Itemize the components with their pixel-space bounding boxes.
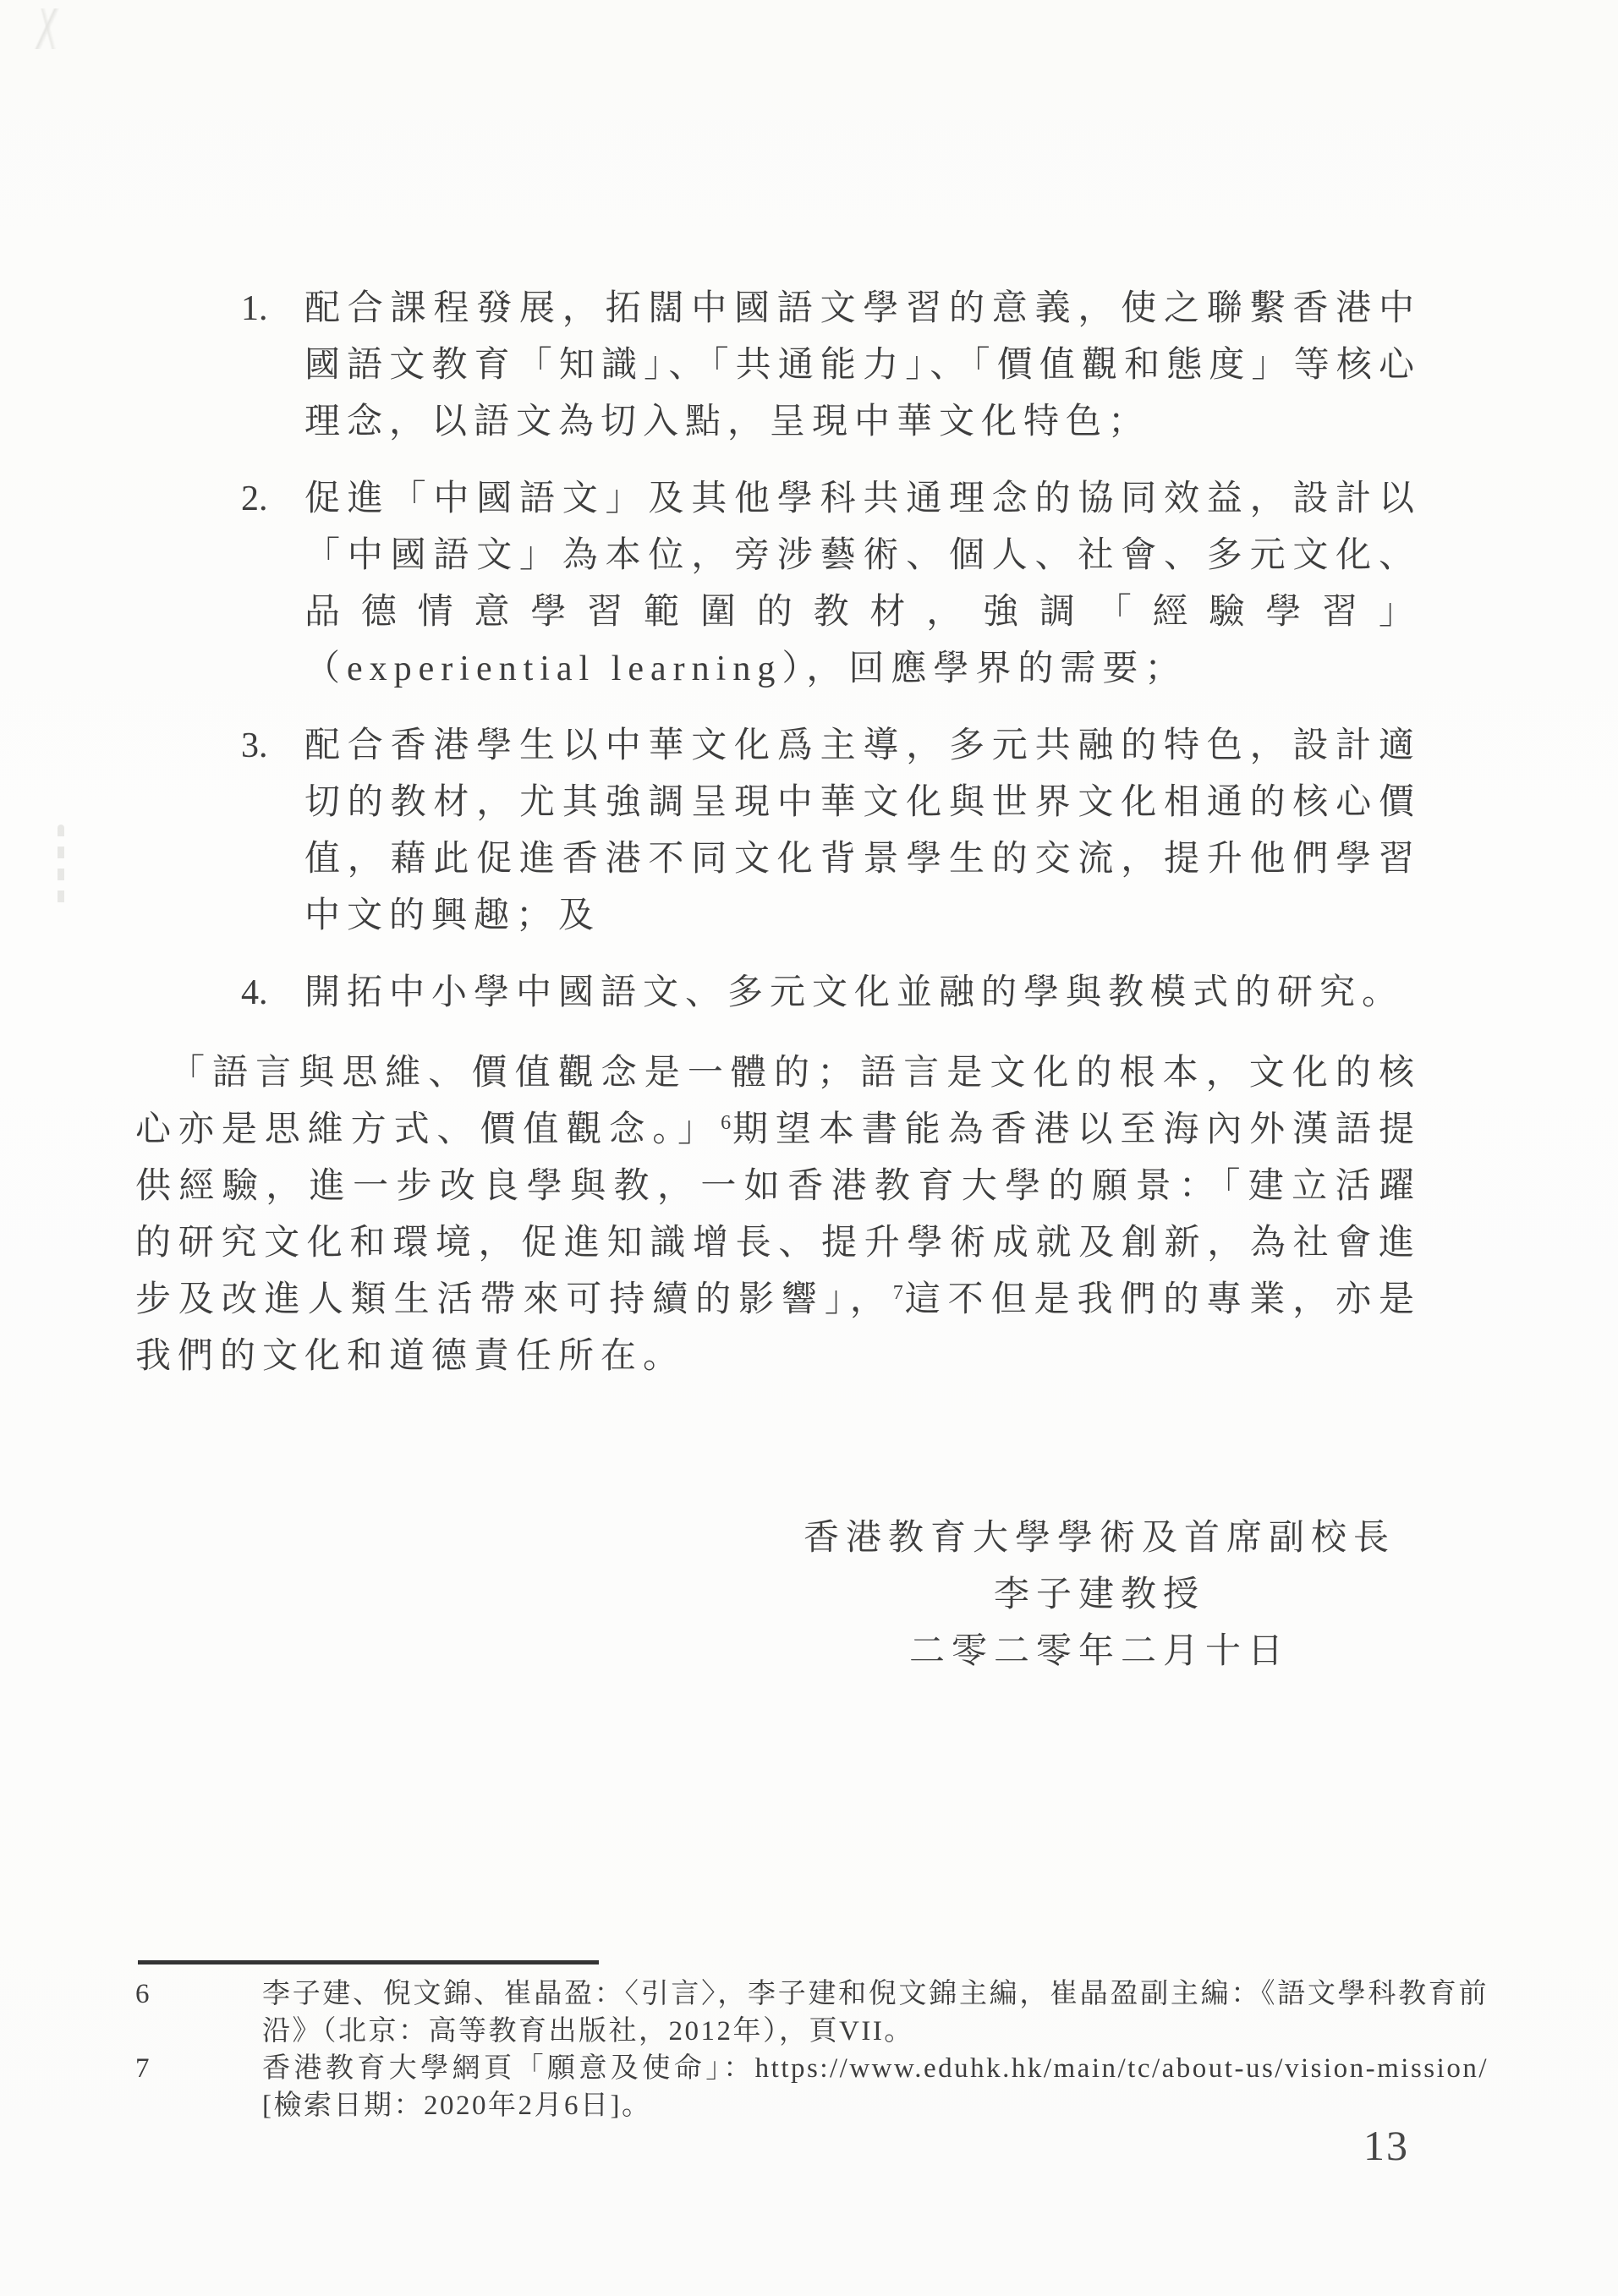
list-item-number: 1. — [241, 281, 304, 451]
numbered-list: 1. 配合課程發展，拓闊中國語文學習的意義，使之聯繫香港中國語文教育「知識」、「… — [135, 281, 1421, 1042]
list-item-text: 開拓中小學中國語文、多元文化並融的學與教模式的研究。 — [304, 965, 1421, 1022]
list-item-number: 4. — [241, 965, 304, 1022]
scan-artifact — [19, 8, 78, 49]
footnote: 6 李子建、倪文錦、崔晶盈：〈引言〉，李子建和倪文錦主編，崔晶盈副主編：《語文學… — [135, 1975, 1489, 2050]
page-number: 13 — [1363, 2121, 1409, 2170]
footnote-text: 香港教育大學網頁「願意及使命」：https://www.eduhk.hk/mai… — [262, 2050, 1489, 2124]
list-item-text: 配合香港學生以中華文化爲主導，多元共融的特色，設計適切的教材，尤其強調呈現中華文… — [304, 718, 1421, 945]
list-item: 2. 促進「中國語文」及其他學科共通理念的協同效益，設計以「中國語文」為本位，旁… — [135, 471, 1421, 698]
scan-artifact — [58, 825, 64, 909]
footnote-number: 6 — [135, 1975, 262, 2050]
closing-paragraph: 「語言與思維、價值觀念是一體的；語言是文化的根本，文化的核心亦是思維方式、價值觀… — [135, 1045, 1421, 1385]
list-item: 4. 開拓中小學中國語文、多元文化並融的學與教模式的研究。 — [135, 965, 1421, 1022]
footnote-reference-7: 7 — [893, 1282, 904, 1304]
footnote-divider — [138, 1960, 599, 1964]
signature-title: 香港教育大學學術及首席副校長 — [677, 1510, 1522, 1567]
footnote-number: 7 — [135, 2050, 262, 2124]
list-item: 3. 配合香港學生以中華文化爲主導，多元共融的特色，設計適切的教材，尤其強調呈現… — [135, 718, 1421, 945]
footnotes: 6 李子建、倪文錦、崔晶盈：〈引言〉，李子建和倪文錦主編，崔晶盈副主編：《語文學… — [135, 1975, 1489, 2124]
signature-name: 李子建教授 — [677, 1567, 1522, 1624]
list-item-text: 配合課程發展，拓闊中國語文學習的意義，使之聯繫香港中國語文教育「知識」、「共通能… — [304, 281, 1421, 451]
footnote: 7 香港教育大學網頁「願意及使命」：https://www.eduhk.hk/m… — [135, 2050, 1489, 2124]
signature-date: 二零二零年二月十日 — [677, 1624, 1522, 1680]
footnote-reference-6: 6 — [721, 1112, 732, 1134]
list-item: 1. 配合課程發展，拓闊中國語文學習的意義，使之聯繫香港中國語文教育「知識」、「… — [135, 281, 1421, 451]
signature-block: 香港教育大學學術及首席副校長 李子建教授 二零二零年二月十日 — [677, 1510, 1522, 1680]
list-item-number: 3. — [241, 718, 304, 945]
document-page: 1. 配合課程發展，拓闊中國語文學習的意義，使之聯繫香港中國語文教育「知識」、「… — [0, 0, 1618, 2296]
footnote-text: 李子建、倪文錦、崔晶盈：〈引言〉，李子建和倪文錦主編，崔晶盈副主編：《語文學科教… — [262, 1975, 1489, 2050]
list-item-number: 2. — [241, 471, 304, 698]
list-item-text: 促進「中國語文」及其他學科共通理念的協同效益，設計以「中國語文」為本位，旁涉藝術… — [304, 471, 1421, 698]
